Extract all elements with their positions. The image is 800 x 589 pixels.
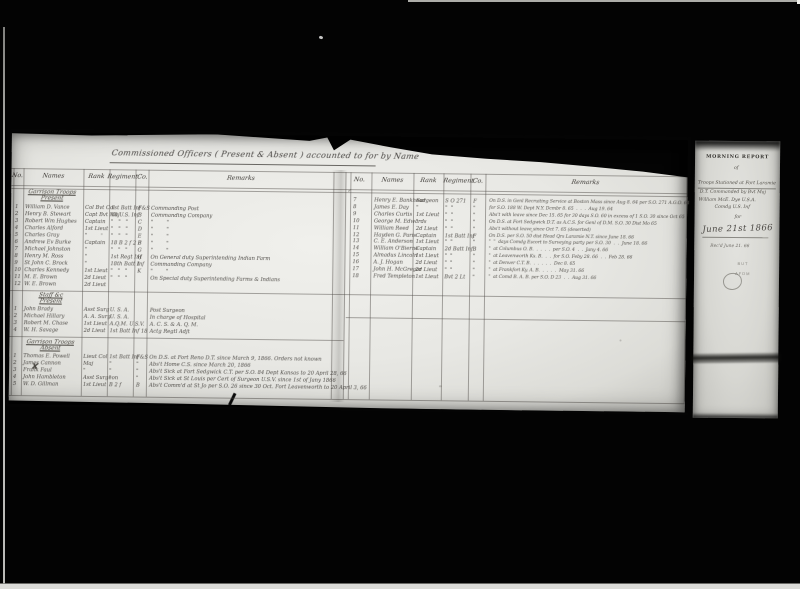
cell-remarks: On Special duty Superintending Farms & I… [150, 276, 280, 284]
grid-line [346, 317, 686, 322]
column-header: Names [23, 172, 84, 180]
cell-rank: 2d Lieut [415, 267, 437, 273]
cell-name: Almadus Lincoln [373, 253, 417, 260]
cell-no: 5 [15, 232, 18, 238]
cell-co: " [136, 362, 138, 368]
cell-rank: 2d Lieut [415, 260, 437, 266]
film-edge-left [3, 27, 5, 585]
page-title: Commissioned Officers ( Present & Absent… [111, 148, 374, 160]
cell-remarks: " at Frankfort Ky. A. B. . . . . May 31.… [488, 268, 584, 274]
cell-regiment: 1st Batt Inf 18 [110, 328, 148, 334]
cell-co: F [473, 199, 477, 205]
cell-rank: " [85, 233, 87, 239]
cell-co: " [473, 240, 475, 246]
cell-no: 17 [352, 266, 359, 272]
cell-rank: 1st Lieut [415, 253, 438, 259]
column-header: Co. [470, 178, 486, 185]
cell-co: " [473, 219, 475, 225]
cell-rank: 2d Lieut [84, 275, 106, 281]
cell-no: 3 [14, 320, 17, 326]
cell-no: 4 [14, 327, 17, 333]
cell-name: Frank Faul [23, 367, 52, 373]
cell-co: " [472, 268, 474, 274]
cell-no: 14 [353, 245, 360, 251]
cell-regiment: " " " [110, 275, 127, 281]
cell-no: 5 [13, 381, 16, 387]
cell-no: 4 [15, 225, 18, 231]
cell-no: 2 [13, 360, 16, 366]
cell-rank: 2d Lieut [84, 282, 106, 288]
cell-rank: " [85, 247, 87, 253]
cell-co: G [138, 248, 142, 254]
film-edge-top [408, 0, 800, 2]
cell-regiment: 1st Batt Inf [111, 205, 141, 211]
cell-remarks: " " [151, 227, 169, 233]
cell-rank: " [416, 219, 418, 225]
cell-no: 4 [13, 374, 16, 380]
grid-line [343, 172, 347, 399]
cell-regiment: " " " [111, 247, 128, 253]
section-header: Present [17, 195, 88, 202]
cell-name: William Reed [374, 225, 409, 231]
cell-name: Michael Hillary [24, 313, 65, 319]
grid-line [483, 174, 487, 401]
cell-no: 13 [353, 239, 360, 245]
dust-speck [319, 35, 324, 39]
cell-regiment: " " " [111, 226, 128, 232]
cell-remarks: Commanding Post [151, 206, 199, 213]
cell-remarks: Commanding Company [150, 262, 211, 269]
grid-line [369, 172, 373, 399]
cell-name: Fred Templeton [373, 273, 415, 280]
cell-rank: " [83, 368, 85, 374]
cell-co: B [473, 247, 477, 253]
paper-smudge [101, 233, 103, 235]
cell-regiment: " " [445, 240, 453, 246]
cell-name: James E. Day [374, 204, 409, 210]
cell-remarks: In charge of Hospital [150, 315, 206, 322]
cell-rank: Captain [416, 246, 437, 252]
cell-co: C [138, 220, 142, 226]
cell-no: 9 [353, 211, 356, 217]
cell-rank: " [416, 205, 418, 211]
cell-name: James Cannon [23, 360, 61, 366]
cell-no: 11 [353, 225, 360, 231]
cell-remarks: On D.S. per S.O. 50 dist Head Qrs Larami… [489, 233, 634, 240]
cell-rank: Captain [416, 232, 437, 238]
cell-remarks: " " [150, 269, 168, 275]
cell-co: " [136, 376, 138, 382]
cell-name: John Brady [24, 306, 53, 312]
cell-remarks: Post Surgeon [150, 308, 185, 314]
ledger-sheet: Commissioned Officers ( Present & Absent… [9, 132, 688, 412]
cell-rank: 1st Lieut [83, 382, 106, 388]
cell-regiment: " [109, 375, 111, 381]
cell-remarks: " at Leavenworth Ks. B. . . for S.O. Feb… [488, 254, 632, 261]
cell-remarks: Abs't Comm'd at St Jo per S.O. 26 since … [149, 383, 367, 392]
cell-name: Charles Curtis [374, 211, 412, 217]
cell-remarks: " " [151, 234, 169, 240]
grid-line [347, 172, 351, 399]
cell-remarks: Commanding Company [151, 213, 212, 220]
cell-no: 15 [352, 252, 359, 258]
cell-name: Charles Kennedy [24, 267, 69, 274]
cell-rank: 1st Lieut [415, 274, 438, 280]
cell-co: " [136, 369, 138, 375]
cell-name: Thomas E. Powell [23, 353, 70, 360]
cell-remarks: " " [151, 248, 169, 254]
cell-no: 7 [353, 197, 356, 203]
morning-report-card: MORNING REPORT of Troops Stationed at Fo… [693, 141, 780, 419]
cell-name: St John C. Brock [24, 260, 67, 267]
column-header: Regiment [443, 177, 471, 184]
cell-remarks: Actg Regtl Adjt [150, 329, 190, 335]
cell-name: W. E. Brown [24, 281, 56, 287]
cell-rank: 1st Lieut [84, 268, 107, 274]
cell-regiment: " " [444, 267, 452, 273]
cell-rank: A. A. Surg [84, 314, 111, 320]
grid-line [411, 173, 415, 400]
section-header: Absent [15, 345, 86, 352]
cell-regiment: 1st Batt Inf [109, 354, 139, 360]
cell-co: E [138, 234, 142, 240]
cell-regiment: " " " [111, 219, 128, 225]
cell-rank: Asst Surg [84, 307, 110, 313]
section-header: Present [15, 298, 86, 305]
cell-name: Robert Wm Hughes [25, 218, 77, 225]
cell-co: " [473, 212, 475, 218]
cell-name: Charles Gray [25, 232, 60, 238]
cell-rank: Surgeon [416, 198, 438, 204]
card-vignette [693, 141, 780, 419]
film-edge-bottom [0, 584, 800, 589]
column-header: Names [371, 176, 414, 184]
cell-co: " [472, 275, 474, 281]
cell-remarks: " at Comd B. A. B. per S.O. D 23 . . Aug… [488, 275, 596, 281]
cell-remarks: " " [151, 220, 169, 226]
cell-remarks: " " [151, 241, 169, 247]
cell-co: K [137, 269, 141, 275]
cell-name: Andrew Ev Burke [25, 239, 71, 246]
cell-no: 1 [15, 204, 18, 210]
cell-regiment: " " [445, 212, 453, 218]
paper-smudge [619, 339, 621, 341]
cell-remarks: A. C. S. & A. Q. M. [150, 322, 198, 329]
cell-no: 7 [15, 246, 18, 252]
cell-rank: Lieut Col [83, 354, 107, 360]
cell-remarks: " at Columbus O. B. . . . . per S.O. 4 .… [489, 247, 608, 253]
cell-remarks: On D.S. at Fort Sedgwick D.T. as A.C.S. … [489, 220, 657, 227]
cell-name: W. H. Savage [24, 327, 59, 333]
cell-regiment: " " [445, 205, 453, 211]
cell-rank: 1st Lieut [84, 321, 107, 327]
cell-no: 10 [353, 218, 360, 224]
cell-no: 16 [352, 259, 359, 265]
cell-regiment: U. S. A. [110, 314, 129, 320]
cell-regiment: " " " [110, 268, 127, 274]
cell-no: 3 [13, 367, 16, 373]
cell-name: Charles Alford [25, 225, 63, 231]
cell-co: H [137, 255, 142, 261]
cell-remarks: Abs't without leave since Oct 7. 65 (des… [489, 226, 591, 232]
cell-no: 6 [15, 239, 18, 245]
cell-rank: 2d Lieut [84, 328, 106, 334]
title-underline [110, 162, 376, 166]
cell-name: Michael Johnston [25, 246, 71, 253]
grid-line [441, 173, 445, 400]
cell-regiment: " " [444, 260, 452, 266]
cell-regiment: " " [445, 226, 453, 232]
ink-slash-mark [228, 393, 236, 406]
cell-regiment: " " [444, 253, 452, 259]
cell-rank: 1st Lieut [416, 212, 439, 218]
grid-line [468, 174, 472, 401]
cell-no: 12 [14, 281, 21, 287]
grid-line [331, 172, 335, 399]
cell-rank: Captain [85, 219, 106, 225]
cell-regiment: S O 271 [445, 198, 466, 204]
cell-rank: 2d Lieut [416, 226, 438, 232]
cell-regiment: U. S. A. [110, 307, 129, 313]
cell-no: 1 [14, 306, 17, 312]
cell-no: 3 [15, 218, 18, 224]
cell-rank: Maj [83, 361, 93, 367]
cell-remarks: " " days Comdg Escort to Surveying party… [489, 240, 648, 247]
cell-remarks: for S.O. 188 W. Dept N.Y. Dcmbr 8. 65 . … [489, 206, 613, 213]
column-header: Rank [83, 173, 110, 180]
cell-rank: " [84, 261, 86, 267]
column-header: No. [347, 176, 372, 183]
cell-name: Hayden G. Paris [374, 232, 416, 239]
cell-name: William D. Vance [25, 204, 70, 211]
cell-regiment: " " [445, 219, 453, 225]
cell-co: F [138, 241, 142, 247]
ledger-content: Commissioned Officers ( Present & Absent… [9, 132, 688, 412]
cell-name: W. D. Gillman [23, 381, 59, 387]
cell-co: I [137, 262, 139, 268]
cell-rank: 1st Lieut [85, 226, 108, 232]
cell-co: F [473, 233, 477, 239]
cell-name: Henry B. Stewart [25, 211, 71, 218]
cell-co: " [473, 226, 475, 232]
column-header: Rank [413, 177, 444, 184]
cell-no: 12 [353, 232, 360, 238]
column-header: Remarks [148, 174, 334, 183]
cell-co: F&S [136, 355, 148, 361]
microfilm-scan: Commissioned Officers ( Present & Absent… [0, 0, 800, 589]
cell-co: " [472, 261, 474, 267]
cell-no: 9 [14, 260, 17, 266]
cell-name: George M. Edwards [374, 218, 427, 225]
cell-no: 8 [14, 253, 17, 259]
cell-co: B [136, 383, 140, 389]
cell-regiment: 18 U.S. Inf [111, 212, 139, 218]
cell-regiment: 2d Batt Inf [445, 247, 473, 253]
cell-regiment: 1st Batt Inf [445, 233, 475, 239]
cell-co: D [138, 227, 142, 233]
cell-co: B [138, 213, 142, 219]
cell-rank: Asst Surgeon [83, 375, 118, 381]
cell-remarks: " at Denver C.T. B. . . . . . Dec 8. 65 [488, 261, 575, 267]
grid-line [683, 176, 687, 403]
cell-rank: " [84, 254, 86, 260]
column-header: Regiment [107, 173, 138, 180]
cell-regiment: " [109, 368, 111, 374]
cell-name: Robert M. Chase [24, 320, 68, 327]
cell-name: Henry M. Ross [24, 253, 63, 259]
cell-rank: Captain [85, 240, 106, 246]
cell-no: 11 [14, 274, 21, 280]
cell-no: 2 [14, 313, 17, 319]
cell-co: " [472, 254, 474, 260]
cell-no: 18 [352, 273, 359, 279]
cell-regiment: " " " [111, 233, 128, 239]
cell-remarks: Abs't Home C.S. since March 20, 1866 [149, 362, 251, 369]
cell-regiment: Bvt 2 Lt [444, 274, 465, 280]
cell-regiment: A.Q.M. U.S.V. [110, 321, 145, 327]
cell-no: 2 [15, 211, 18, 217]
cell-rank: 1st Lieut [416, 239, 439, 245]
cell-regiment: " [109, 361, 111, 367]
cell-name: A. J. Hogan [373, 260, 402, 266]
cell-name: William O'Bierne [374, 246, 419, 253]
cell-co: " [473, 206, 475, 212]
cell-no: 1 [13, 353, 16, 359]
cell-regiment: B 2 f [109, 382, 121, 388]
cell-name: C. E. Anderson [374, 239, 413, 245]
cell-no: 10 [14, 267, 21, 273]
cell-co: F&S [138, 206, 150, 212]
cell-name: John Hambleton [23, 374, 66, 381]
cell-no: 8 [353, 204, 356, 210]
cell-name: M. E. Brown [24, 274, 57, 280]
column-header: Remarks [485, 178, 686, 187]
